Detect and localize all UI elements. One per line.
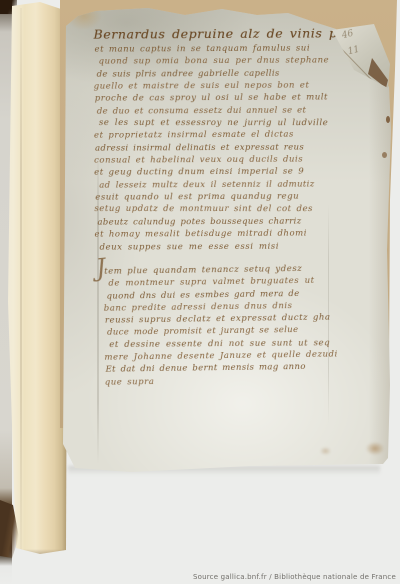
manuscript-page: Bernardus depruine alz de vinis p et man… [60,4,392,474]
stain [366,442,384,455]
manuscript-scan: Bernardus depruine alz de vinis p et man… [0,0,400,584]
attribution-watermark: Source gallica.bnf.fr / Bibliothèque nat… [193,573,396,581]
entry-heading: Bernardus depruine alz de vinis p [93,25,343,43]
manuscript-line: proche de cas sproy ul osi ul se habe et… [94,92,344,106]
folio-number-lower: 11 [347,45,361,57]
manuscript-line: et dessine essente dni not sue sunt ut s… [104,337,348,351]
manuscript-line: que supra [105,373,349,389]
paragraph-2-lines: tem plue quandam tenancz setuq ydeszde m… [103,262,349,388]
paragraph-2: tem plue quandam tenancz setuq ydeszde m… [103,262,349,388]
manuscript-line: de duo et consuma essetz dui annuel se e… [94,104,344,118]
manuscript-line: setug updatz de montmuur sint del cot de… [94,203,344,216]
manuscript-line: deux suppes sue me esse essi misi [95,240,345,254]
page-edges-stack [6,2,68,558]
ink-spot [386,116,390,123]
manuscript-line: se les supt et essessroy ne jurrig ul lu… [94,117,344,130]
paragraph-1: Bernardus depruine alz de vinis p et man… [93,25,344,253]
stain [320,447,331,455]
ink-spot [382,152,387,158]
manuscript-line: ad lesseiz multz deux il setenniz il adm… [94,178,344,192]
manuscript-line: quond sup omia bona sua per dnus stephan… [94,55,344,69]
paragraph-1-lines: et manu captus in se tanquam famulus sui… [93,42,344,253]
folio-number-upper: 46 [341,29,355,41]
manuscript-line: et homay mesalit betisduge mitradi dhomi [94,228,344,242]
